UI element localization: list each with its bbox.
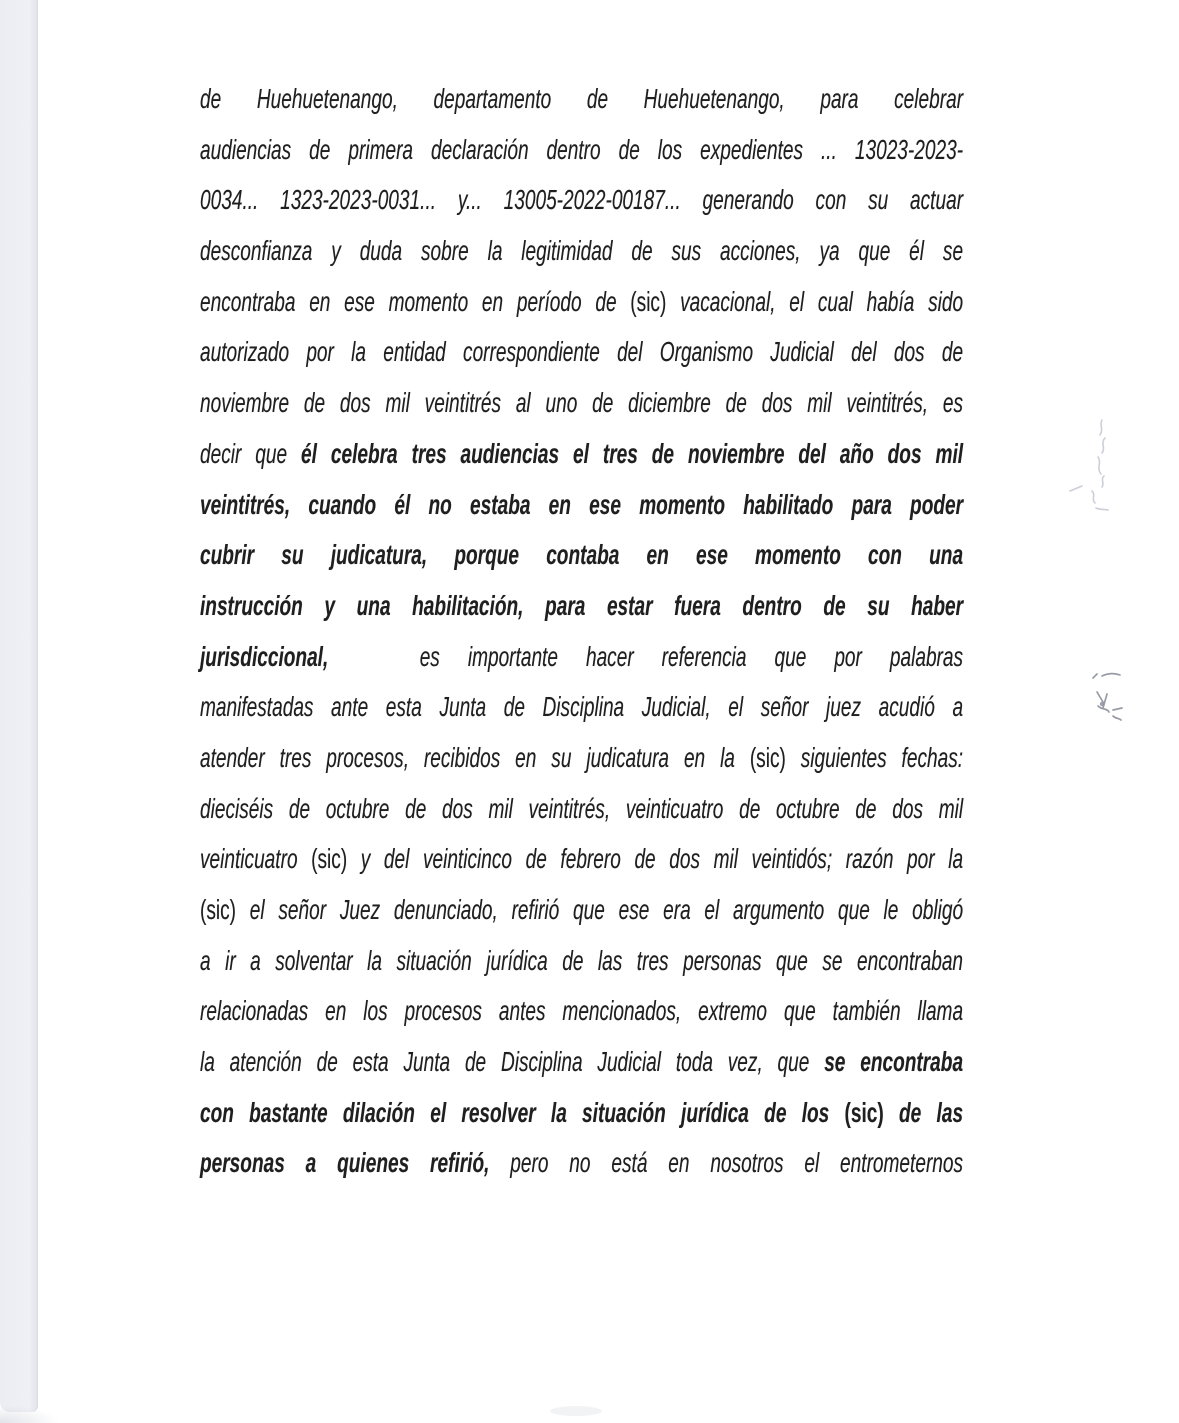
text-line: decir que él celebra tres audiencias el …: [200, 429, 963, 480]
text-segment: dieciséis de octubre de dos mil veintitr…: [200, 793, 963, 824]
text-line: la atención de esta Junta de Disciplina …: [200, 1037, 963, 1088]
text-line: cubrir su judicatura, porque contaba en …: [200, 530, 963, 581]
text-line: noviembre de dos mil veintitrés al uno d…: [200, 378, 963, 429]
text-segment: siguientes fechas:: [801, 742, 963, 773]
text-line: veintitrés, cuando él no estaba en ese m…: [200, 480, 963, 531]
text-segment: instrucción y una habilitación, para est…: [200, 590, 963, 621]
scan-edge-strip: [0, 0, 38, 1412]
text-segment: se encontraba: [824, 1046, 963, 1077]
text-segment: es importante hacer referencia que por p…: [420, 641, 963, 672]
text-line: desconfianza y duda sobre la legitimidad…: [200, 226, 963, 277]
scanned-page: de Huehuetenango, departamento de Huehue…: [0, 0, 1179, 1423]
text-segment: encontraba en ese momento en período de: [200, 286, 617, 317]
text-segment: veintitrés, cuando él no estaba en ese m…: [200, 489, 963, 520]
text-line: relacionadas en los procesos antes menci…: [200, 986, 963, 1037]
text-line: atender tres procesos, recibidos en su j…: [200, 733, 963, 784]
text-line: personas a quienes refirió, pero no está…: [200, 1138, 963, 1189]
text-segment: de Huehuetenango, departamento de Huehue…: [200, 83, 963, 114]
text-segment: jurisdiccional,: [200, 641, 328, 672]
text-line: instrucción y una habilitación, para est…: [200, 581, 963, 632]
text-segment: autorizado por la entidad correspondient…: [200, 336, 963, 367]
handwritten-scribble-upper: [1058, 412, 1130, 516]
text-segment: cubrir su judicatura, porque contaba en …: [200, 539, 963, 570]
text-segment: a ir a solventar la situación jurídica d…: [200, 945, 963, 976]
text-segment: (sic): [845, 1097, 884, 1128]
text-segment: decir que: [200, 438, 287, 469]
text-segment: (sic): [630, 286, 666, 317]
scan-edge-corner-shadow: [0, 1405, 60, 1423]
text-segment: (sic): [200, 894, 236, 925]
text-line: autorizado por la entidad correspondient…: [200, 327, 963, 378]
text-segment: y del veinticinco de febrero de dos mil …: [361, 843, 963, 874]
text-line: manifestadas ante esta Junta de Discipli…: [200, 682, 963, 733]
text-line: audiencias de primera declaración dentro…: [200, 125, 963, 176]
text-segment: de las: [899, 1097, 963, 1128]
text-segment: 0034... 1323-2023-0031... y... 13005-202…: [200, 184, 963, 215]
text-segment: el señor Juez denunciado, refirió que es…: [250, 894, 963, 925]
text-line: jurisdiccional, es importante hacer refe…: [200, 632, 963, 683]
text-segment: pero no está en nosotros el entrometerno…: [510, 1147, 963, 1178]
handwritten-scribble-lower: [1083, 664, 1147, 726]
text-segment: manifestadas ante esta Junta de Discipli…: [200, 691, 963, 722]
text-segment: (sic): [750, 742, 786, 773]
text-segment: con bastante dilación el resolver la sit…: [200, 1097, 829, 1128]
text-segment: relacionadas en los procesos antes menci…: [200, 995, 963, 1026]
text-segment: vacacional, el cual había sido: [680, 286, 963, 317]
text-segment: veinticuatro: [200, 843, 298, 874]
text-line: 0034... 1323-2023-0031... y... 13005-202…: [200, 175, 963, 226]
document-text-block: de Huehuetenango, departamento de Huehue…: [200, 74, 963, 1189]
text-line: con bastante dilación el resolver la sit…: [200, 1088, 963, 1139]
text-line: veinticuatro (sic) y del veinticinco de …: [200, 834, 963, 885]
text-segment: él celebra tres audiencias el tres de no…: [301, 438, 963, 469]
text-line: (sic) el señor Juez denunciado, refirió …: [200, 885, 963, 936]
text-segment: noviembre de dos mil veintitrés al uno d…: [200, 387, 963, 418]
text-segment: (sic): [311, 843, 347, 874]
text-segment: desconfianza y duda sobre la legitimidad…: [200, 235, 963, 266]
text-segment: atender tres procesos, recibidos en su j…: [200, 742, 735, 773]
text-segment: personas a quienes refirió,: [200, 1147, 489, 1178]
text-line: encontraba en ese momento en período de …: [200, 277, 963, 328]
text-line: de Huehuetenango, departamento de Huehue…: [200, 74, 963, 125]
text-line: a ir a solventar la situación jurídica d…: [200, 936, 963, 987]
scan-smudge: [550, 1406, 602, 1416]
text-line: dieciséis de octubre de dos mil veintitr…: [200, 784, 963, 835]
text-segment: la atención de esta Junta de Disciplina …: [200, 1046, 809, 1077]
text-segment: audiencias de primera declaración dentro…: [200, 134, 963, 165]
